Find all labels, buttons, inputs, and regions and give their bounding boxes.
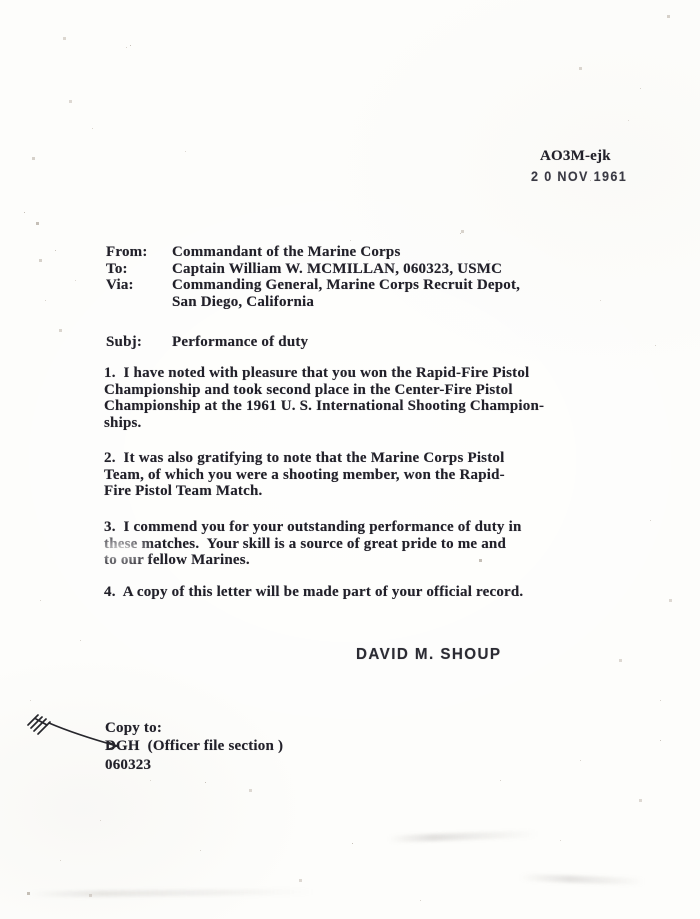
- header-row-via: Via: Commanding General, Marine Corps Re…: [106, 277, 520, 310]
- letter-header: From: Commandant of the Marine Corps To:…: [106, 244, 520, 310]
- from-value: Commandant of the Marine Corps: [172, 244, 520, 261]
- body-paragraph-1: 1. I have noted with pleasure that you w…: [104, 365, 649, 431]
- to-value: Captain William W. MCMILLAN, 060323, USM…: [172, 261, 520, 278]
- copy-to-block: Copy to: DGH (Officer file section ) 060…: [105, 719, 283, 774]
- date-stamp: 2 0 NOV 1961: [531, 168, 627, 184]
- handwritten-arrow-icon: [22, 713, 122, 757]
- from-label: From:: [106, 244, 172, 261]
- subject-row: Subj: Performance of duty: [106, 334, 308, 351]
- subject-label: Subj:: [106, 334, 172, 351]
- via-value: Commanding General, Marine Corps Recruit…: [172, 277, 520, 310]
- subject-value: Performance of duty: [172, 334, 308, 351]
- header-row-from: From: Commandant of the Marine Corps: [106, 244, 520, 261]
- via-label: Via:: [106, 277, 172, 294]
- scan-smudge: [520, 874, 645, 885]
- scan-smudge: [388, 830, 538, 842]
- scan-smudge: [30, 889, 315, 897]
- signature-stamp: DAVID M. SHOUP: [356, 646, 501, 664]
- reference-code: AO3M-ejk: [540, 148, 611, 165]
- to-label: To:: [106, 261, 172, 278]
- header-row-to: To: Captain William W. MCMILLAN, 060323,…: [106, 261, 520, 278]
- body-paragraph-3: 3. I commend you for your outstanding pe…: [104, 519, 649, 569]
- scan-noise-speckles-dark: [0, 0, 1, 1]
- body-paragraph-4: 4. A copy of this letter will be made pa…: [104, 584, 649, 601]
- body-paragraph-2: 2. It was also gratifying to note that t…: [104, 450, 649, 500]
- scanned-letter-page: AO3M-ejk 2 0 NOV 1961 From: Commandant o…: [0, 0, 700, 919]
